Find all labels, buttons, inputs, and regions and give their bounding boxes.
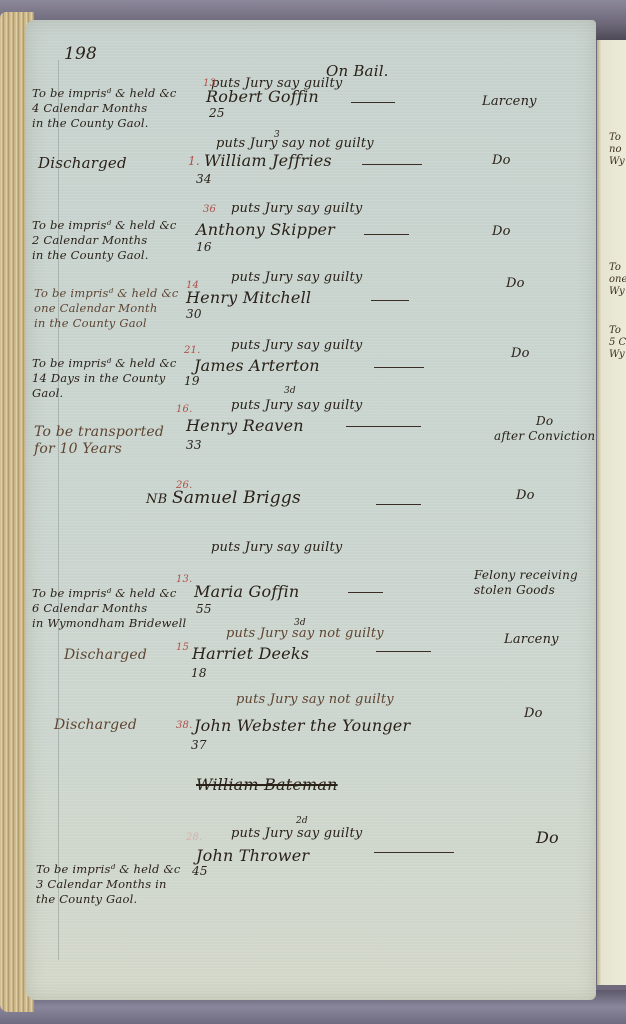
- offence: Do: [511, 346, 530, 361]
- sentence: To be imprisᵈ & held &c 3 Calendar Month…: [36, 862, 181, 907]
- case-number: 16.: [176, 404, 193, 415]
- ledger-dash: [374, 852, 454, 853]
- ledger-dash: [371, 300, 409, 301]
- page-number: 198: [64, 44, 97, 64]
- verdict: puts Jury say guilty: [231, 270, 362, 285]
- struck-out-name: William Bateman: [196, 775, 338, 794]
- verdict: puts Jury say guilty: [231, 826, 362, 841]
- defendant-name: Samuel Briggs: [172, 488, 301, 508]
- offence: Do after Conviction: [494, 414, 595, 444]
- defendant-name: James Arterton: [194, 356, 320, 375]
- offence: Do: [536, 828, 559, 847]
- ledger-dash: [376, 651, 431, 652]
- ledger-page: 198 On Bail. puts Jury say guilty 13. Ro…: [26, 20, 596, 1000]
- adjacent-page-fragment: To no Wy: [609, 132, 625, 168]
- defendant-name: Henry Mitchell: [186, 288, 311, 307]
- defendant-age: 16: [196, 240, 212, 254]
- ledger-dash: [348, 592, 383, 593]
- sentence: To be imprisᵈ & held &c one Calendar Mon…: [34, 286, 179, 331]
- sentence: To be imprisᵈ & held &c 6 Calendar Month…: [32, 586, 186, 631]
- defendant-age: 45: [192, 864, 208, 878]
- ledger-dash: [374, 367, 424, 368]
- sentence: Discharged: [54, 718, 137, 733]
- verdict: puts Jury say guilty: [231, 398, 362, 413]
- verdict: puts Jury say not guilty: [226, 626, 384, 641]
- offence: Do: [492, 153, 511, 168]
- offence: Larceny: [482, 94, 537, 109]
- defendant-name: John Webster the Younger: [194, 716, 410, 735]
- defendant-name: John Thrower: [196, 846, 309, 865]
- defendant-age: 18: [191, 666, 207, 680]
- verdict: puts Jury say guilty: [231, 338, 362, 353]
- sentence: Discharged: [38, 156, 127, 171]
- case-number: 38.: [176, 720, 193, 731]
- defendant-name: Anthony Skipper: [196, 220, 335, 239]
- verdict: puts Jury say guilty: [231, 201, 362, 216]
- defendant-age: 30: [186, 307, 202, 321]
- case-number: 15: [176, 642, 189, 653]
- offence: Do: [506, 276, 525, 291]
- offence: Do: [492, 224, 511, 239]
- defendant-name: William Jeffries: [204, 151, 332, 170]
- verdict: puts Jury say not guilty: [236, 692, 394, 707]
- verdict-mark: 2d: [296, 816, 308, 826]
- case-number: 13.: [176, 574, 193, 585]
- defendant-age: 55: [196, 602, 212, 616]
- note-prefix: NB: [146, 492, 167, 507]
- ledger-dash: [364, 234, 409, 235]
- verdict: puts Jury say not guilty: [216, 136, 374, 151]
- defendant-name: Harriet Deeks: [192, 644, 309, 663]
- ledger-dash: [362, 164, 422, 165]
- sentence: To be imprisᵈ & held &c 4 Calendar Month…: [32, 86, 177, 131]
- defendant-age: 25: [209, 106, 225, 120]
- margin-rule: [58, 60, 59, 960]
- adjacent-page-fragment: To one Wy: [609, 262, 626, 298]
- case-number: 36: [203, 204, 216, 215]
- defendant-age: 34: [196, 172, 212, 186]
- case-number: 1.: [188, 154, 200, 168]
- defendant-name: Henry Reaven: [186, 416, 304, 435]
- offence: Felony receiving stolen Goods: [474, 568, 578, 598]
- verdict-mark: 3d: [284, 386, 296, 396]
- ledger-dash: [376, 504, 421, 505]
- defendant-age: 19: [184, 374, 200, 388]
- sentence: Discharged: [64, 648, 147, 663]
- ledger-dash: [346, 426, 421, 427]
- offence: Do: [516, 488, 535, 503]
- sentence: To be transported for 10 Years: [34, 424, 164, 458]
- adjacent-page: To no Wy To one Wy To 5 C Wy: [597, 40, 626, 985]
- ledger-dash: [351, 102, 395, 103]
- defendant-name: Robert Goffin: [206, 87, 319, 106]
- offence: Do: [524, 706, 543, 721]
- case-number: 28.: [186, 832, 203, 843]
- defendant-age: 37: [191, 738, 207, 752]
- offence: Larceny: [504, 632, 559, 647]
- adjacent-page-fragment: To 5 C Wy: [609, 325, 626, 361]
- defendant-name: Maria Goffin: [194, 582, 299, 601]
- verdict: puts Jury say guilty: [211, 540, 342, 555]
- sentence: To be imprisᵈ & held &c 2 Calendar Month…: [32, 218, 177, 263]
- case-number: 21.: [184, 345, 201, 356]
- sentence: To be imprisᵈ & held &c 14 Days in the C…: [32, 356, 177, 401]
- defendant-age: 33: [186, 438, 202, 452]
